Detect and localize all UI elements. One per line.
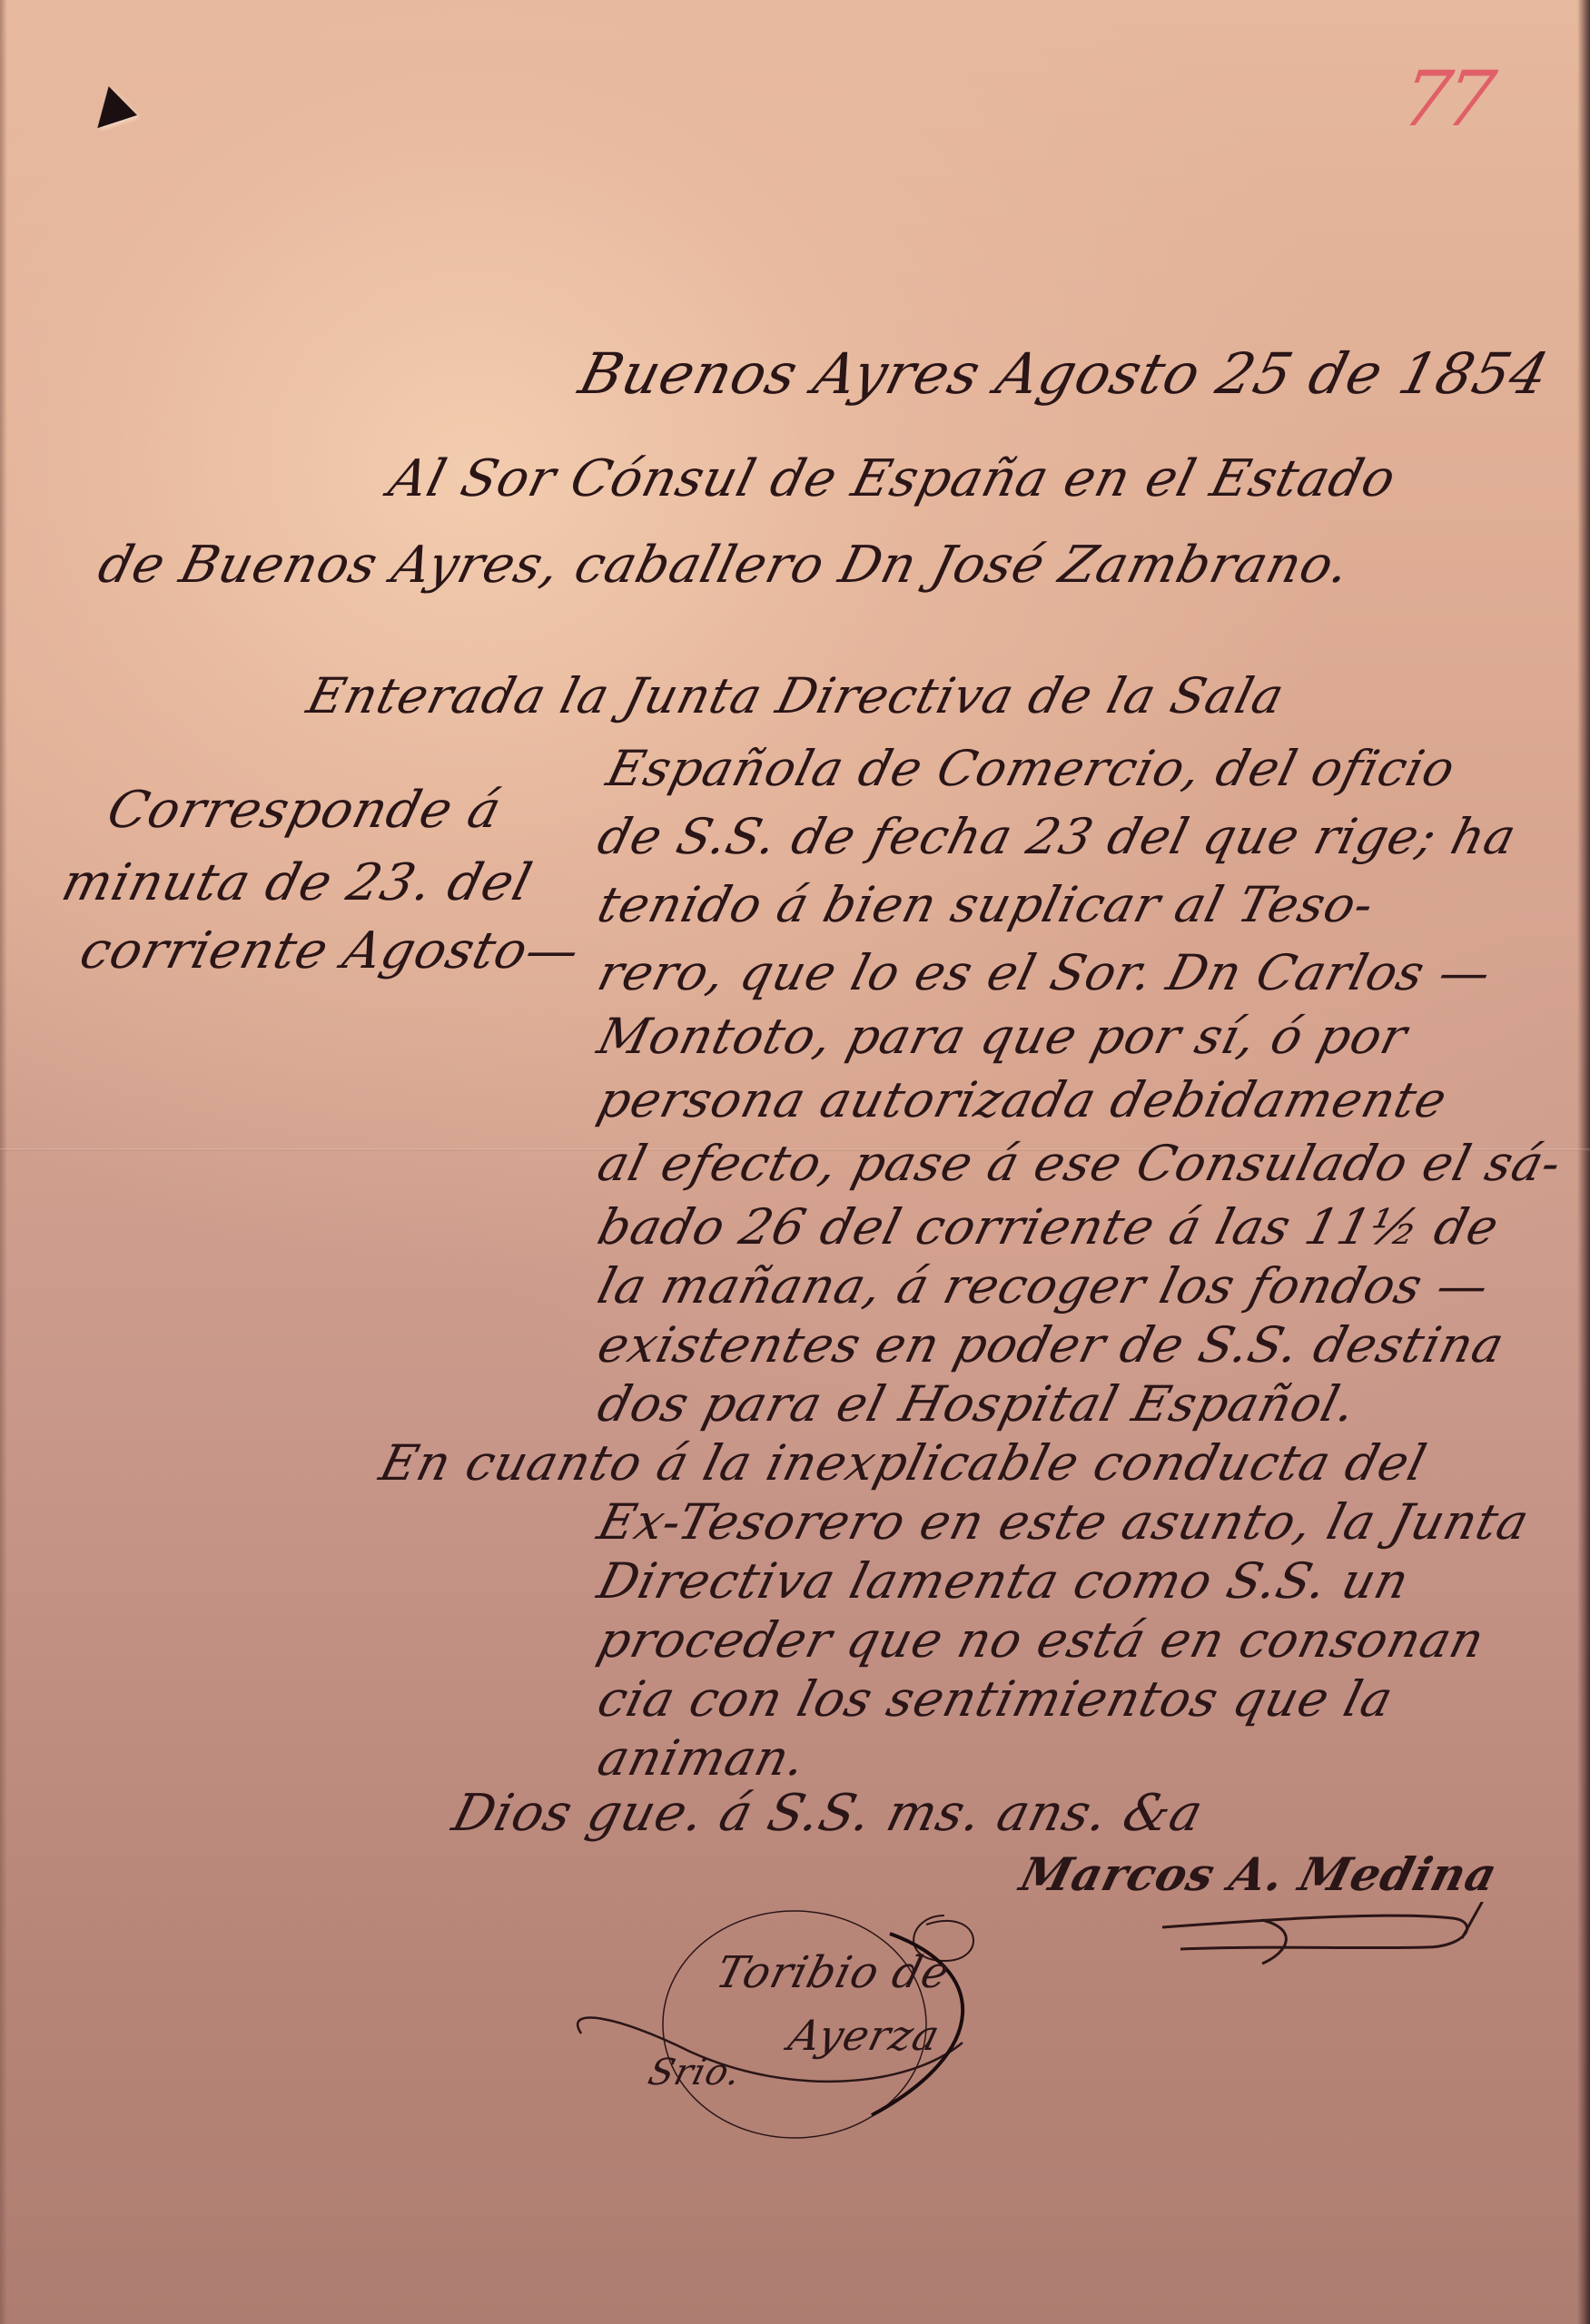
body-line: rero, que lo es el Sor. Dn Carlos — [592, 944, 1497, 1001]
margin-note-line: minuta de 23. del [56, 853, 538, 912]
place-date-line: Buenos Ayres Agosto 25 de 1854 [573, 340, 1555, 407]
body-line: dos para el Hospital Español. [592, 1375, 1362, 1433]
signature-flourish-icon [1153, 1902, 1489, 1965]
body-line: Española de Comercio, del oficio [601, 740, 1461, 797]
body-line: Enterada la Junta Directiva de la Sala [301, 667, 1290, 724]
addressee-line-2: de Buenos Ayres, caballero Dn José Zambr… [93, 536, 1357, 595]
body-line: existentes en poder de S.S. destina [592, 1316, 1510, 1374]
body-line: cia con los sentimientos que la [592, 1670, 1399, 1728]
closing-formula: Dios gue. á S.S. ms. ans. &a [447, 1784, 1210, 1843]
body-line: de S.S. de fecha 23 del que rige; ha [592, 808, 1522, 865]
signature-ayerza-title: Srio. [644, 2052, 746, 2093]
body-line: persona autorizada debidamente [592, 1071, 1453, 1128]
body-line: Ex-Tesorero en este asunto, la Junta [592, 1493, 1535, 1551]
addressee-line-1: Al Sor Cónsul de España en el Estado [383, 449, 1402, 508]
body-line: tenido á bien suplicar al Teso- [592, 876, 1380, 933]
body-line: proceder que no está en consonan [592, 1611, 1490, 1669]
body-line: al efecto, pase á ese Consulado el sá- [592, 1135, 1567, 1192]
page-left-edge-shadow [0, 0, 7, 2324]
folio-number: 77 [1397, 54, 1496, 143]
signature-ayerza-surname: Ayerza [784, 2011, 945, 2060]
body-line: bado 26 del corriente á las 11½ de [592, 1198, 1505, 1256]
margin-note-line: corriente Agosto— [74, 921, 586, 980]
body-line: Montoto, para que por sí, ó por [592, 1008, 1413, 1065]
signature-oval-flourish-icon [563, 1897, 1017, 2152]
body-line: animan. [592, 1729, 812, 1787]
signature-medina: Marcos A. Medina [1015, 1847, 1504, 1901]
margin-note-line: Corresponde á [102, 781, 508, 840]
page-right-edge-shadow [1577, 0, 1590, 2324]
body-line: Directiva lamenta como S.S. un [592, 1552, 1415, 1610]
manuscript-page: 77 Buenos Ayres Agosto 25 de 1854 Al Sor… [0, 0, 1590, 2324]
body-line: En cuanto á la inexplicable conducta del [374, 1434, 1432, 1492]
signature-ayerza-given-name: Toribio de [711, 1947, 955, 1998]
punch-hole-icon [86, 81, 137, 128]
body-line: la mañana, á recoger los fondos — [592, 1257, 1495, 1315]
